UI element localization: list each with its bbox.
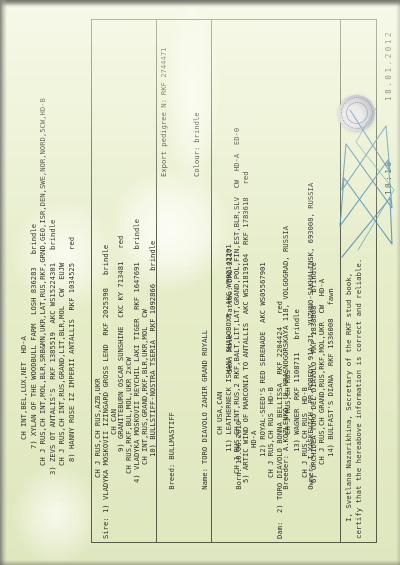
sire-line: Sire: 1) VLADYKA MOSKOVII IZINGARD GROSS… [102, 22, 110, 539]
certification-line: certify that the hereabove information i… [354, 259, 364, 539]
ancestor-titles-line: CH INT,BEL,LUX,NET HD-A [19, 98, 29, 540]
colour-field: Colour:brindle [193, 112, 201, 177]
ancestor-titles-line: CH J RUS,CH INT,RUS,GRAND,LIT,BLR,MOL CW… [57, 98, 67, 540]
name-value: TORO DIAVOLO ZAHIR GRAND ROYALL [200, 330, 209, 464]
top-ancestors-section: CH INT,BEL,LUX,NET HD-A 7) XYLAN OF THE … [19, 98, 77, 540]
breed-label: Breed: [167, 464, 176, 490]
certification-divider [340, 19, 341, 543]
ancestor-line-3: 3) ZEVS OT ANTALIS'S RKF 1385519 AKC WS1… [48, 98, 58, 540]
dam-section: CH USA,CAN 11) LEATHERNECK ISHANA SHADOB… [216, 22, 335, 539]
ancestor-line-8: 8) HANNY ROSE IZ IMPERII ANTALLIS RKF 10… [67, 98, 77, 540]
scanned-pedigree-document: CH INT,BEL,LUX,NET HD-A 7) XYLAN OF THE … [0, 0, 400, 565]
secretary-signature [332, 105, 398, 260]
certification-line: I, Svetlana Nazarikhina, Secretary of th… [344, 259, 354, 539]
ancestor-line-5: 5) ARTIC WIND OF MARCONIA TO ANTALLIS AK… [242, 22, 251, 539]
fax-date-stamp: 18.01.2012 [384, 30, 393, 101]
ancestor-titles-line: CH J RUS,CH INT,MOL,BLR,SRB&MN,UKR,LAT,R… [38, 98, 48, 540]
ancestor-titles-line: CH J RUS,CH RUS [284, 22, 293, 539]
pedigree-frame: CH J RUS,CH RUS,AZB,UKR Sire: 1) VLADYKA… [91, 19, 377, 543]
name-label: Name: [200, 468, 209, 490]
breed-value: BULLMASTIFF [167, 412, 176, 460]
dam-line: Dam: 2) TORO DIAVOLO BONNA BELLISSA RKF … [276, 22, 285, 539]
pedigree-page: CH INT,BEL,LUX,NET HD-A 7) XYLAN OF THE … [0, 0, 400, 565]
sire-section: CH J RUS,CH RUS,AZB,UKR Sire: 1) VLADYKA… [94, 22, 156, 539]
certification-section: I, Svetlana Nazarikhina, Secretary of th… [344, 259, 364, 539]
breed-row: Breed:BULLMASTIFF Export pedigree N:RKF … [160, 19, 193, 533]
ancestor-line-14: 14) BULFAST'S DIANA RKF 1536008 fawn [327, 22, 336, 539]
ancestor-line-7: 7) XYLAN OF THE WOODBULL FARM LOSH 83628… [29, 98, 39, 540]
export-pedigree-number: Export pedigree N:RKF 2744471 [160, 48, 168, 178]
ancestor-titles-line: CH J RUS,CH GRAND,RUS,RKF,MOL,UKR CW HD-… [318, 22, 327, 539]
dog-info-box: Breed:BULLMASTIFF Export pedigree N:RKF … [156, 19, 212, 543]
